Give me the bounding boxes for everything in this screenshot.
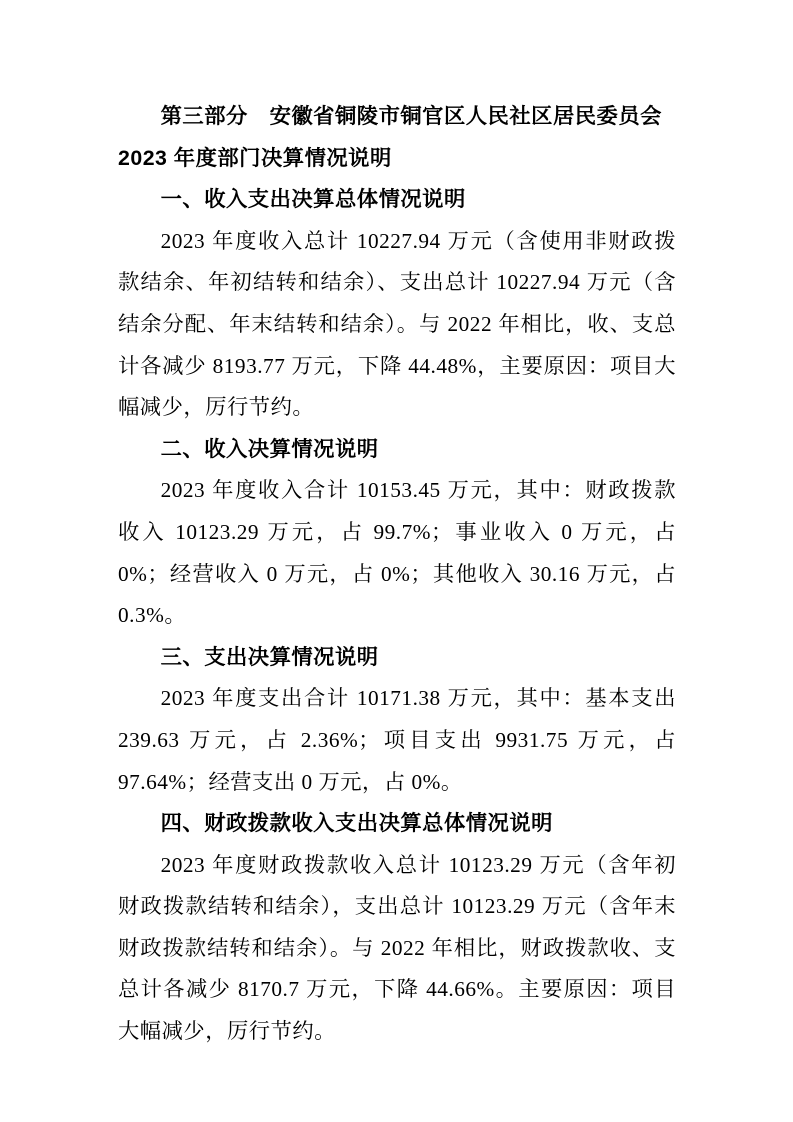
document-title-line-1: 第三部分 安徽省铜陵市铜官区人民社区居民委员会 — [118, 96, 676, 138]
section-1-paragraph: 2023 年度收入总计 10227.94 万元（含使用非财政拨款结余、年初结转和… — [118, 221, 676, 429]
document-page: 第三部分 安徽省铜陵市铜官区人民社区居民委员会 2023 年度部门决算情况说明 … — [0, 0, 793, 1122]
section-3-heading: 三、支出决算情况说明 — [118, 637, 676, 679]
section-2-heading: 二、收入决算情况说明 — [118, 429, 676, 471]
section-2-paragraph: 2023 年度收入合计 10153.45 万元，其中：财政拨款收入 10123.… — [118, 470, 676, 636]
document-title: 第三部分 安徽省铜陵市铜官区人民社区居民委员会 2023 年度部门决算情况说明 — [118, 96, 676, 179]
section-3-paragraph: 2023 年度支出合计 10171.38 万元，其中：基本支出 239.63 万… — [118, 678, 676, 803]
document-title-line-2: 2023 年度部门决算情况说明 — [118, 138, 676, 180]
section-1-heading: 一、收入支出决算总体情况说明 — [118, 179, 676, 221]
section-4-paragraph: 2023 年度财政拨款收入总计 10123.29 万元（含年初财政拨款结转和结余… — [118, 845, 676, 1053]
section-4-heading: 四、财政拨款收入支出决算总体情况说明 — [118, 803, 676, 845]
